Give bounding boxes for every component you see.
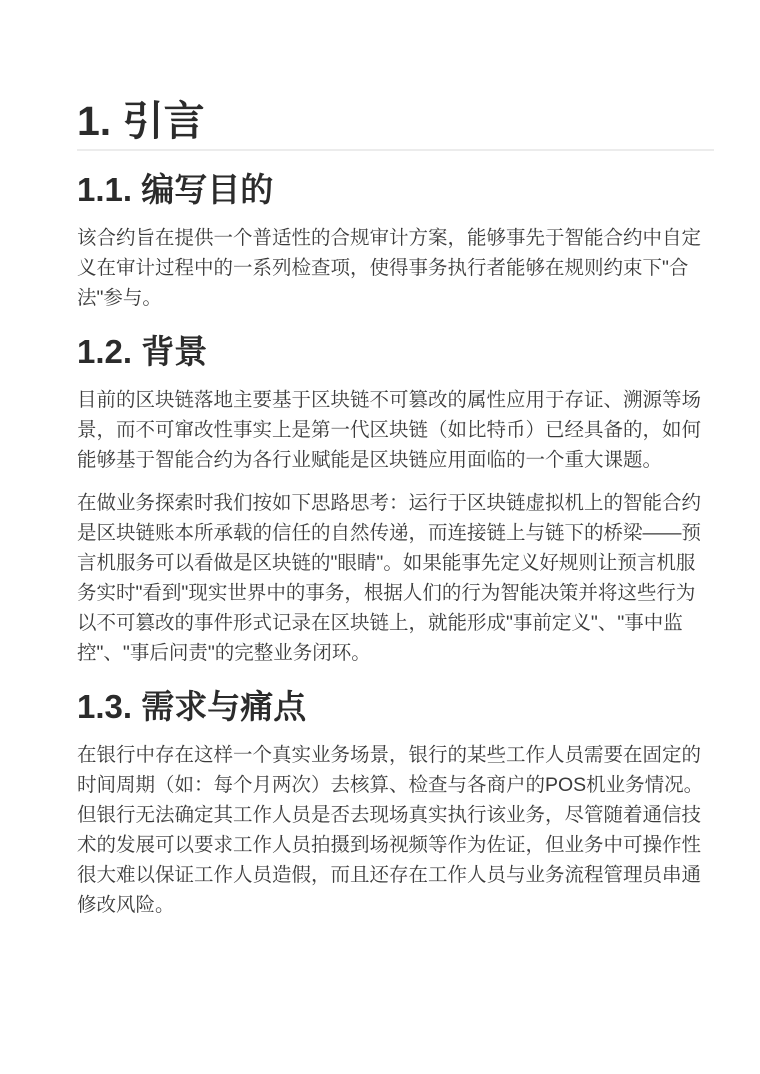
paragraph: 在银行中存在这样一个真实业务场景，银行的某些工作人员需要在固定的时间周期（如：每… — [77, 740, 714, 920]
section-heading-writing-purpose: 1.1. 编写目的 — [77, 169, 714, 210]
paragraph: 该合约旨在提供一个普适性的合规审计方案，能够事先于智能合约中自定义在审计过程中的… — [77, 223, 714, 313]
title-divider — [77, 149, 714, 151]
section-heading-background: 1.2. 背景 — [77, 331, 714, 372]
section-needs-painpoints: 1.3. 需求与痛点 在银行中存在这样一个真实业务场景，银行的某些工作人员需要在… — [77, 686, 714, 920]
section-writing-purpose: 1.1. 编写目的 该合约旨在提供一个普适性的合规审计方案，能够事先于智能合约中… — [77, 169, 714, 313]
paragraph: 目前的区块链落地主要基于区块链不可篡改的属性应用于存证、溯源等场景，而不可窜改性… — [77, 385, 714, 475]
paragraph: 在做业务探索时我们按如下思路思考：运行于区块链虚拟机上的智能合约是区块链账本所承… — [77, 488, 714, 668]
section-background: 1.2. 背景 目前的区块链落地主要基于区块链不可篡改的属性应用于存证、溯源等场… — [77, 331, 714, 668]
section-heading-needs-painpoints: 1.3. 需求与痛点 — [77, 686, 714, 727]
document-page: 1. 引言 1.1. 编写目的 该合约旨在提供一个普适性的合规审计方案，能够事先… — [0, 0, 760, 1074]
page-title: 1. 引言 — [77, 99, 714, 144]
